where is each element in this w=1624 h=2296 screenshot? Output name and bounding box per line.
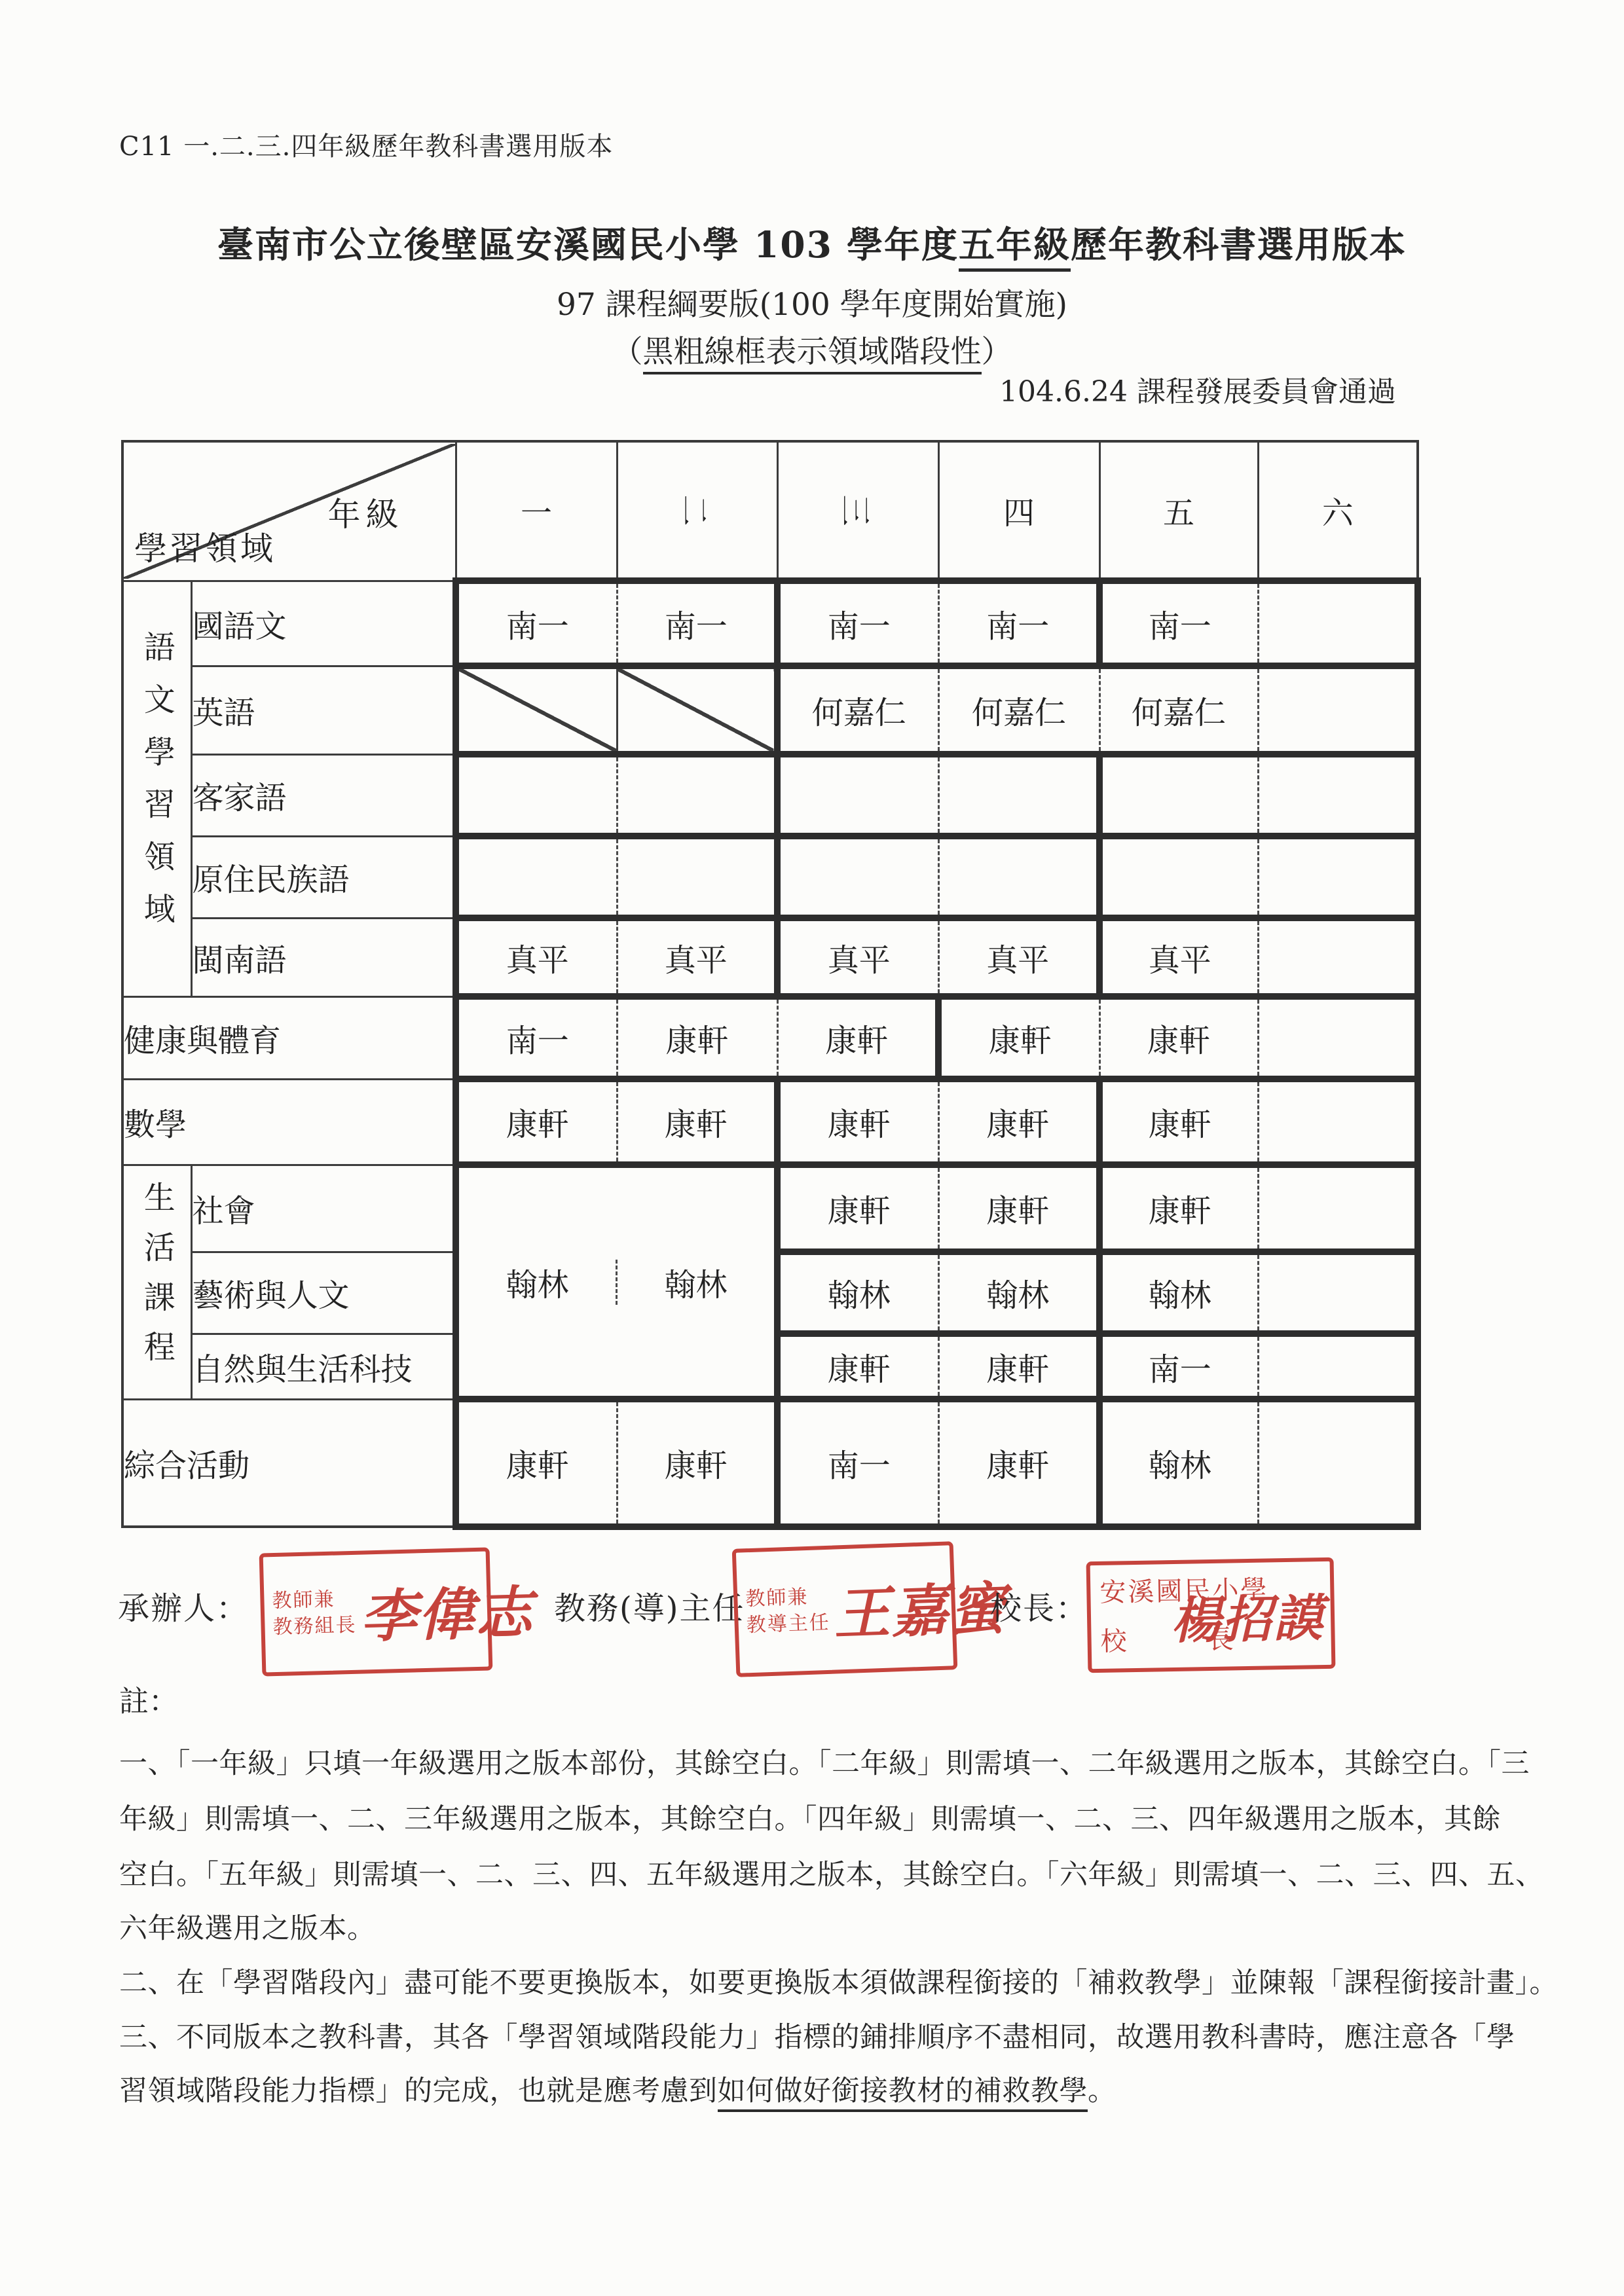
principal-stamp-name: 楊招謨 bbox=[1170, 1578, 1330, 1652]
director-stamp-name: 王嘉蜜 bbox=[832, 1563, 1013, 1650]
grade-header-6: 六 bbox=[1258, 441, 1418, 581]
cell-health-g3: 康軒 bbox=[777, 996, 938, 1079]
cell-mandarin-g3: 南一 bbox=[777, 581, 938, 666]
group-label-language: 語文學習領域 bbox=[122, 581, 191, 996]
subject-label: 自然與生活科技 bbox=[191, 1334, 456, 1399]
cell-integrated-g6 bbox=[1258, 1399, 1418, 1527]
grade-header-5: 五 bbox=[1099, 441, 1258, 581]
cell-math-g5: 康軒 bbox=[1099, 1079, 1258, 1165]
cell-arts-g5: 翰林 bbox=[1099, 1252, 1258, 1334]
subject-label: 英語 bbox=[191, 666, 456, 754]
subject-label: 綜合活動 bbox=[122, 1399, 456, 1527]
cell-science-g4: 康軒 bbox=[938, 1334, 1099, 1399]
cell-mandarin-g5: 南一 bbox=[1099, 581, 1258, 666]
curriculum-subtitle: 97 課程綱要版(100 學年度開始實施) bbox=[0, 280, 1624, 324]
cell-social-g6 bbox=[1258, 1165, 1418, 1252]
cell-indigenous-g6 bbox=[1258, 836, 1418, 918]
title-pre: 臺南市公立後壁區安溪國民小學 103 學年度 bbox=[217, 223, 959, 266]
life-curriculum-merged-cell: 翰林 翰林 bbox=[456, 1165, 777, 1399]
subject-label: 健康與體育 bbox=[122, 996, 456, 1079]
table-row: 健康與體育 南一 康軒 康軒 康軒 康軒 bbox=[122, 996, 1418, 1079]
note-line-4: 六年級選用之版本。 bbox=[119, 1906, 376, 1946]
not-applicable-slash-cell bbox=[456, 666, 617, 754]
notes-heading: 註： bbox=[119, 1677, 178, 1720]
cell-hakka-g2 bbox=[617, 754, 777, 836]
cell-social-g3: 康軒 bbox=[777, 1165, 938, 1252]
director-label: 教務(導)主任 bbox=[554, 1583, 745, 1628]
not-applicable-slash-cell bbox=[617, 666, 777, 754]
handler-stamp-name: 李偉志 bbox=[359, 1567, 539, 1653]
cell-indigenous-g5 bbox=[1099, 836, 1258, 918]
table-row: 生活課程 社會 翰林 翰林 康軒 康軒 康軒 bbox=[122, 1165, 1418, 1252]
director-stamp-roles: 教師兼 教導主任 bbox=[737, 1584, 835, 1639]
cell-social-g5: 康軒 bbox=[1099, 1165, 1258, 1252]
subject-label: 國語文 bbox=[191, 581, 456, 666]
cell-english-g6 bbox=[1258, 666, 1418, 754]
cell-social-g4: 康軒 bbox=[938, 1165, 1099, 1252]
cell-taiwanese-g1: 真平 bbox=[456, 918, 617, 996]
cell-integrated-g4: 康軒 bbox=[938, 1399, 1099, 1527]
table-row: 數學 康軒 康軒 康軒 康軒 康軒 bbox=[122, 1079, 1418, 1165]
grade-header-2: 二 bbox=[617, 441, 777, 581]
cell-integrated-g1: 康軒 bbox=[456, 1399, 617, 1527]
cell-indigenous-g1 bbox=[456, 836, 617, 918]
cell-health-g5: 康軒 bbox=[1099, 996, 1258, 1079]
cell-english-g3: 何嘉仁 bbox=[777, 666, 938, 754]
cell-science-g6 bbox=[1258, 1334, 1418, 1399]
table-row: 綜合活動 康軒 康軒 南一 康軒 翰林 bbox=[122, 1399, 1418, 1527]
scanned-document-page: C11 一.二.三.四年級歷年教科書選用版本 臺南市公立後壁區安溪國民小學 10… bbox=[0, 0, 1624, 2296]
table-row: 閩南語 真平 真平 真平 真平 真平 bbox=[122, 918, 1418, 996]
cell-indigenous-g4 bbox=[938, 836, 1099, 918]
subject-label: 藝術與人文 bbox=[191, 1252, 456, 1334]
cell-math-g1: 康軒 bbox=[456, 1079, 617, 1165]
cell-integrated-g2: 康軒 bbox=[617, 1399, 777, 1527]
cell-taiwanese-g2: 真平 bbox=[617, 918, 777, 996]
corner-cell: 年級 學習領域 bbox=[122, 441, 456, 581]
note-line-3: 空白。「五年級」則需填一、二、三、四、五年級選用之版本，其餘空白。「六年級」則需… bbox=[119, 1853, 1544, 1893]
cell-english-g4: 何嘉仁 bbox=[938, 666, 1099, 754]
committee-approval-note: 104.6.24 課程發展委員會通過 bbox=[999, 368, 1396, 410]
group-label-life: 生活課程 bbox=[122, 1165, 191, 1399]
cell-life-g1: 翰林 bbox=[459, 1260, 618, 1305]
table-row: 語文學習領域 國語文 南一 南一 南一 南一 南一 bbox=[122, 581, 1418, 666]
note-underlined-phrase: 如何做好銜接教材的補救教學 bbox=[718, 2075, 1088, 2112]
cell-hakka-g1 bbox=[456, 754, 617, 836]
cell-math-g3: 康軒 bbox=[777, 1079, 938, 1165]
cell-science-g3: 康軒 bbox=[777, 1334, 938, 1399]
title-underlined-grade: 五年級 bbox=[959, 223, 1071, 272]
note-line-1: 一、「一年級」只填一年級選用之版本部份，其餘空白。「二年級」則需填一、二年級選用… bbox=[119, 1741, 1530, 1781]
grade-header-3: 三 bbox=[777, 441, 938, 581]
handler-label: 承辦人： bbox=[118, 1583, 249, 1628]
subject-label: 數學 bbox=[122, 1079, 456, 1165]
cell-health-g1: 南一 bbox=[456, 996, 617, 1079]
corner-label-domain: 學習領域 bbox=[134, 522, 276, 570]
legend-text: 黑粗線框表示領域階段性 bbox=[643, 334, 982, 374]
life-merged-content: 翰林 翰林 bbox=[459, 1260, 774, 1305]
cell-taiwanese-g6 bbox=[1258, 918, 1418, 996]
cell-mandarin-g4: 南一 bbox=[938, 581, 1099, 666]
table-row: 客家語 bbox=[122, 754, 1418, 836]
handler-stamp: 教師兼 教務組長 李偉志 bbox=[259, 1547, 493, 1676]
table-row: 英語 何嘉仁 何嘉仁 何嘉仁 bbox=[122, 666, 1418, 754]
corner-label-grade: 年級 bbox=[328, 488, 404, 536]
cell-hakka-g6 bbox=[1258, 754, 1418, 836]
note-line-6: 三、不同版本之教科書，其各「學習領域階段能力」指標的鋪排順序不盡相同，故選用教科… bbox=[119, 2015, 1515, 2055]
subject-label: 社會 bbox=[191, 1165, 456, 1252]
legend-note: （黑粗線框表示領域階段性） bbox=[0, 327, 1624, 371]
cell-indigenous-g3 bbox=[777, 836, 938, 918]
cell-math-g6 bbox=[1258, 1079, 1418, 1165]
cell-arts-g6 bbox=[1258, 1252, 1418, 1334]
cell-life-g2: 翰林 bbox=[618, 1260, 774, 1305]
cell-english-g5: 何嘉仁 bbox=[1099, 666, 1258, 754]
legend-close-paren: ） bbox=[982, 334, 1012, 370]
cell-integrated-g5: 翰林 bbox=[1099, 1399, 1258, 1527]
cell-arts-g4: 翰林 bbox=[938, 1252, 1099, 1334]
grade-header-4: 四 bbox=[938, 441, 1099, 581]
cell-taiwanese-g4: 真平 bbox=[938, 918, 1099, 996]
cell-hakka-g5 bbox=[1099, 754, 1258, 836]
cell-indigenous-g2 bbox=[617, 836, 777, 918]
subject-label: 客家語 bbox=[191, 754, 456, 836]
grade-header-1: 一 bbox=[456, 441, 617, 581]
table-row: 原住民族語 bbox=[122, 836, 1418, 918]
cell-hakka-g3 bbox=[777, 754, 938, 836]
cell-health-g6 bbox=[1258, 996, 1418, 1079]
note-line-5: 二、在「學習階段內」盡可能不要更換版本，如要更換版本須做課程銜接的「補救教學」並… bbox=[119, 1961, 1558, 2001]
corner-diagonal: 年級 學習領域 bbox=[124, 444, 455, 579]
cell-arts-g3: 翰林 bbox=[777, 1252, 938, 1334]
cell-math-g2: 康軒 bbox=[617, 1079, 777, 1165]
cell-health-g2: 康軒 bbox=[617, 996, 777, 1079]
cell-math-g4: 康軒 bbox=[938, 1079, 1099, 1165]
cell-integrated-g3: 南一 bbox=[777, 1399, 938, 1527]
cell-mandarin-g2: 南一 bbox=[617, 581, 777, 666]
principal-label: 校長： bbox=[990, 1583, 1088, 1628]
director-stamp: 教師兼 教導主任 王嘉蜜 bbox=[732, 1541, 958, 1677]
subject-label: 原住民族語 bbox=[191, 836, 456, 918]
legend-open-paren: （ bbox=[612, 334, 643, 370]
doc-code: C11 一.二.三.四年級歷年教科書選用版本 bbox=[119, 126, 613, 163]
textbook-selection-table: 年級 學習領域 一 二 三 四 五 六 語文學習領域 國語文 南一 南一 南一 … bbox=[121, 440, 1421, 1530]
note-line-2: 年級」則需填一、二、三年級選用之版本，其餘空白。「四年級」則需填一、二、三、四年… bbox=[119, 1797, 1501, 1837]
page-title: 臺南市公立後壁區安溪國民小學 103 學年度五年級歷年教科書選用版本 bbox=[0, 216, 1624, 268]
cell-taiwanese-g5: 真平 bbox=[1099, 918, 1258, 996]
subject-label: 閩南語 bbox=[191, 918, 456, 996]
cell-mandarin-g6 bbox=[1258, 581, 1418, 666]
principal-stamp: 安溪國民小學 校長 楊招謨 bbox=[1086, 1558, 1336, 1673]
cell-mandarin-g1: 南一 bbox=[456, 581, 617, 666]
note-line-7: 習領域階段能力指標」的完成，也就是應考慮到如何做好銜接教材的補救教學。 bbox=[119, 2069, 1116, 2109]
cell-taiwanese-g3: 真平 bbox=[777, 918, 938, 996]
cell-health-g4: 康軒 bbox=[938, 996, 1099, 1079]
cell-science-g5: 南一 bbox=[1099, 1334, 1258, 1399]
title-post: 歷年教科書選用版本 bbox=[1071, 223, 1407, 266]
handler-stamp-roles: 教師兼 教務組長 bbox=[264, 1586, 361, 1641]
cell-hakka-g4 bbox=[938, 754, 1099, 836]
